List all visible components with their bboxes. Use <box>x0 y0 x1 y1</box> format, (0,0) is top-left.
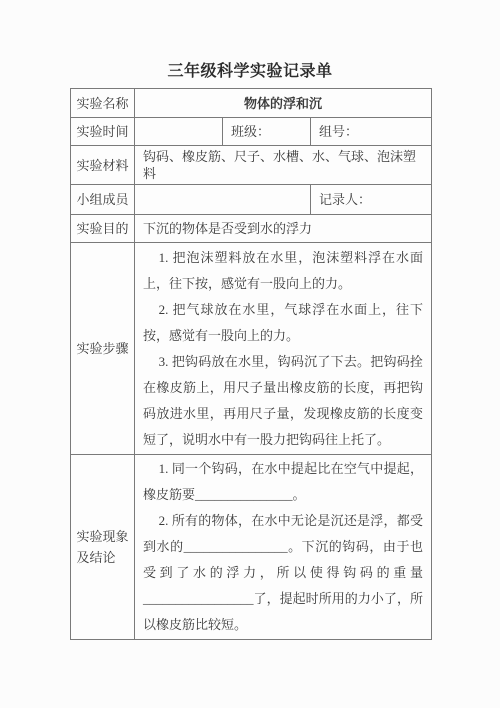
conclusion-1: 1. 同一个钩码，在水中提起比在空气中提起，橡皮筋要______________… <box>143 456 423 508</box>
row-experiment-purpose: 实验目的 下沉的物体是否受到水的浮力 <box>71 215 432 243</box>
group-number-field-cell: 组号： <box>311 118 432 146</box>
conclusion-2: 2. 所有的物体，在水中无论是沉还是浮，都受到水的_______________… <box>143 508 423 638</box>
page-title: 三年级科学实验记录单 <box>0 58 500 81</box>
conclusion-value: 1. 同一个钩码，在水中提起比在空气中提起，橡皮筋要______________… <box>135 455 432 640</box>
step-2: 2. 把气球放在水里，气球浮在水面上，往下按，感觉有一股向上的力。 <box>143 297 423 349</box>
recorder-field-cell: 记录人： <box>311 185 432 215</box>
experiment-name-value: 物体的浮和沉 <box>135 89 432 118</box>
experiment-steps-value: 1. 把泡沫塑料放在水里，泡沫塑料浮在水面上，往下按，感觉有一股向上的力。 2.… <box>135 243 432 455</box>
row-experiment-steps: 实验步骤 1. 把泡沫塑料放在水里，泡沫塑料浮在水面上，往下按，感觉有一股向上的… <box>71 243 432 455</box>
experiment-steps-label: 实验步骤 <box>71 243 135 455</box>
row-conclusion: 实验现象 及结论 1. 同一个钩码，在水中提起比在空气中提起，橡皮筋要_____… <box>71 455 432 640</box>
group-members-label: 小组成员 <box>71 185 135 215</box>
row-group-members: 小组成员 记录人： <box>71 185 432 215</box>
experiment-materials-value: 钩码、橡皮筋、尺子、水槽、水、气球、泡沫塑料 <box>135 146 432 185</box>
conclusion-label: 实验现象 及结论 <box>71 455 135 640</box>
experiment-purpose-label: 实验目的 <box>71 215 135 243</box>
experiment-time-label: 实验时间 <box>71 118 135 146</box>
experiment-name-label: 实验名称 <box>71 89 135 118</box>
class-field-cell: 班级： <box>223 118 311 146</box>
experiment-materials-label: 实验材料 <box>71 146 135 185</box>
row-experiment-name: 实验名称 物体的浮和沉 <box>71 89 432 118</box>
row-experiment-time: 实验时间 班级： 组号： <box>71 118 432 146</box>
step-1: 1. 把泡沫塑料放在水里，泡沫塑料浮在水面上，往下按，感觉有一股向上的力。 <box>143 245 423 297</box>
group-members-value-cell <box>135 185 311 215</box>
conclusion-label-stack: 实验现象 及结论 <box>76 526 128 568</box>
conclusion-label-line-1: 实验现象 <box>76 526 128 547</box>
row-experiment-materials: 实验材料 钩码、橡皮筋、尺子、水槽、水、气球、泡沫塑料 <box>71 146 432 185</box>
step-3: 3. 把钩码放在水里，钩码沉了下去。把钩码拴在橡皮筋上，用尺子量出橡皮筋的长度，… <box>143 349 423 453</box>
experiment-purpose-value: 下沉的物体是否受到水的浮力 <box>135 215 432 243</box>
experiment-time-value-cell <box>135 118 223 146</box>
record-table: 实验名称 物体的浮和沉 实验时间 班级： 组号： 实验材料 钩码、橡皮筋、尺子、… <box>70 88 432 640</box>
conclusion-label-line-2: 及结论 <box>76 547 128 568</box>
